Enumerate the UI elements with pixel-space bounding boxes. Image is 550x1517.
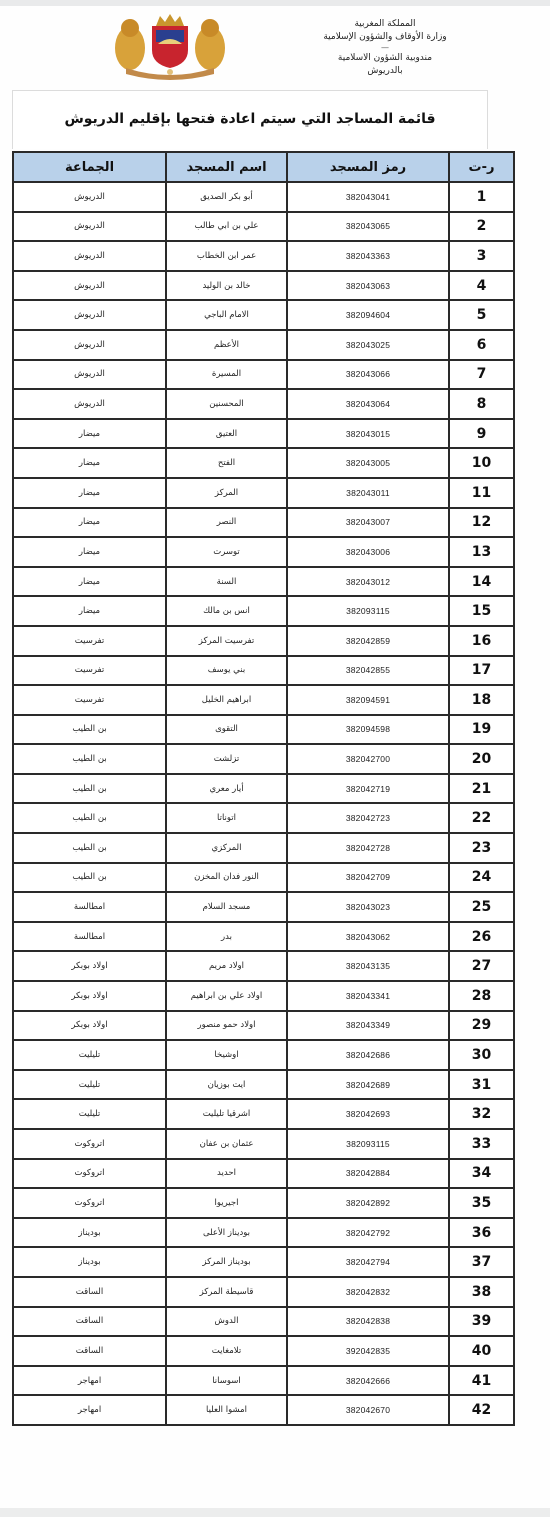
row-index: 27	[449, 951, 514, 981]
mosque-name: اتوناتا	[166, 803, 287, 833]
table-row: 24382042709النور فدان المخزنبن الطيب	[13, 863, 514, 893]
mosque-name: اولاد علي بن ابراهيم	[166, 981, 287, 1011]
commune-name: اولاد بوبكر	[13, 1011, 166, 1041]
bottom-edge	[0, 1508, 550, 1517]
mosque-name: بني يوسف	[166, 656, 287, 686]
commune-name: بن الطيب	[13, 744, 166, 774]
table-row: 18382094591ابراهيم الخليلتفرسيت	[13, 685, 514, 715]
commune-name: الدريوش	[13, 360, 166, 390]
mosque-code: 382042686	[287, 1040, 449, 1070]
mosque-name: المحسنين	[166, 389, 287, 419]
commune-name: امطالسة	[13, 892, 166, 922]
table-row: 21382042719أيار معريبن الطيب	[13, 774, 514, 804]
mosque-code: 382042728	[287, 833, 449, 863]
mosque-code: 382042884	[287, 1159, 449, 1189]
mosque-name: انس بن مالك	[166, 596, 287, 626]
column-header-index: ر-ت	[449, 152, 514, 182]
mosque-code: 382042666	[287, 1366, 449, 1396]
commune-name: بن الطيب	[13, 863, 166, 893]
row-index: 18	[449, 685, 514, 715]
mosque-name: السنة	[166, 567, 287, 597]
mosque-name: التقوى	[166, 715, 287, 745]
commune-name: اولاد بوبكر	[13, 981, 166, 1011]
mosque-name: أبو بكر الصديق	[166, 182, 287, 212]
mosque-code: 382043012	[287, 567, 449, 597]
table-header-row: ر-ت رمز المسجد اسم المسجد الجماعة	[13, 152, 514, 182]
table-row: 8382043064المحسنينالدريوش	[13, 389, 514, 419]
mosque-code: 382043066	[287, 360, 449, 390]
table-row: 15382093115انس بن مالكميضار	[13, 596, 514, 626]
mosque-code: 392042835	[287, 1336, 449, 1366]
table-row: 32382042693اشرقيا تليليتتليليت	[13, 1099, 514, 1129]
mosque-code: 382042859	[287, 626, 449, 656]
mosque-name: تلامغايت	[166, 1336, 287, 1366]
mosque-code: 382094591	[287, 685, 449, 715]
mosque-code: 382093115	[287, 596, 449, 626]
mosque-name: تفرسيت المركز	[166, 626, 287, 656]
row-index: 34	[449, 1159, 514, 1189]
commune-name: اتروكوت	[13, 1188, 166, 1218]
mosque-name: امشوا العليا	[166, 1395, 287, 1425]
row-index: 29	[449, 1011, 514, 1041]
row-index: 3	[449, 241, 514, 271]
mosque-name: بوديناز المركز	[166, 1247, 287, 1277]
mosques-table: ر-ت رمز المسجد اسم المسجد الجماعة 138204…	[12, 151, 515, 1426]
row-index: 40	[449, 1336, 514, 1366]
commune-name: ميضار	[13, 419, 166, 449]
commune-name: ميضار	[13, 537, 166, 567]
table-row: 41382042666اسوساناامهاجر	[13, 1366, 514, 1396]
mosque-code: 382043064	[287, 389, 449, 419]
table-row: 16382042859تفرسيت المركزتفرسيت	[13, 626, 514, 656]
table-row: 27382043135اولاد مريماولاد بوبكر	[13, 951, 514, 981]
table-row: 34382042884احديداتروكوت	[13, 1159, 514, 1189]
mosque-code: 382042670	[287, 1395, 449, 1425]
table-row: 35382042892اجيريوااتروكوت	[13, 1188, 514, 1218]
row-index: 23	[449, 833, 514, 863]
mosque-name: أيار معري	[166, 774, 287, 804]
row-index: 26	[449, 922, 514, 952]
row-index: 35	[449, 1188, 514, 1218]
commune-name: تليليت	[13, 1040, 166, 1070]
mosque-code: 382043015	[287, 419, 449, 449]
commune-name: تليليت	[13, 1099, 166, 1129]
table-row: 12382043007النصرميضار	[13, 508, 514, 538]
mosque-code: 382042693	[287, 1099, 449, 1129]
table-row: 37382042794بوديناز المركزبوديناز	[13, 1247, 514, 1277]
table-row: 30382042686اوشيخاتليليت	[13, 1040, 514, 1070]
mosque-name: ايت بوزيان	[166, 1070, 287, 1100]
table-row: 26382043062بدرامطالسة	[13, 922, 514, 952]
table-row: 6382043025الأعظمالدريوش	[13, 330, 514, 360]
row-index: 38	[449, 1277, 514, 1307]
mosque-code: 382043011	[287, 478, 449, 508]
row-index: 24	[449, 863, 514, 893]
mosque-code: 382043363	[287, 241, 449, 271]
commune-name: الدريوش	[13, 389, 166, 419]
row-index: 7	[449, 360, 514, 390]
row-index: 5	[449, 300, 514, 330]
row-index: 1	[449, 182, 514, 212]
table-row: 33382093115عثمان بن عفاناتروكوت	[13, 1129, 514, 1159]
mosque-code: 382043025	[287, 330, 449, 360]
table-body: 1382043041أبو بكر الصديقالدريوش238204306…	[13, 182, 514, 1425]
row-index: 2	[449, 212, 514, 242]
commune-name: تفرسيت	[13, 656, 166, 686]
row-index: 22	[449, 803, 514, 833]
table-row: 2382043065علي بن ابي طالبالدريوش	[13, 212, 514, 242]
table-row: 3382043363عمر ابن الخطابالدريوش	[13, 241, 514, 271]
mosque-code: 382043041	[287, 182, 449, 212]
mosque-code: 382042838	[287, 1307, 449, 1337]
mosque-name: اشرقيا تليليت	[166, 1099, 287, 1129]
mosque-code: 382042723	[287, 803, 449, 833]
mosque-code: 382043341	[287, 981, 449, 1011]
mosque-code: 382043135	[287, 951, 449, 981]
commune-name: بوديناز	[13, 1218, 166, 1248]
commune-name: اتروكوت	[13, 1159, 166, 1189]
mosque-code: 382043006	[287, 537, 449, 567]
table-row: 17382042855بني يوسفتفرسيت	[13, 656, 514, 686]
mosque-code: 382043349	[287, 1011, 449, 1041]
mosque-code: 382043065	[287, 212, 449, 242]
commune-name: امطالسة	[13, 922, 166, 952]
commune-name: امهاجر	[13, 1366, 166, 1396]
mosque-code: 382043005	[287, 448, 449, 478]
mosque-name: تزلشت	[166, 744, 287, 774]
row-index: 37	[449, 1247, 514, 1277]
commune-name: الساقت	[13, 1307, 166, 1337]
mosque-name: اولاد مريم	[166, 951, 287, 981]
table-row: 40392042835تلامغايتالساقت	[13, 1336, 514, 1366]
mosque-code: 382043023	[287, 892, 449, 922]
row-index: 9	[449, 419, 514, 449]
mosque-name: الأعظم	[166, 330, 287, 360]
mosque-name: العتيق	[166, 419, 287, 449]
commune-name: الساقت	[13, 1277, 166, 1307]
commune-name: الدريوش	[13, 271, 166, 301]
commune-name: الدريوش	[13, 241, 166, 271]
morocco-coat-of-arms-icon	[108, 12, 232, 80]
mosque-code: 382042689	[287, 1070, 449, 1100]
row-index: 28	[449, 981, 514, 1011]
row-index: 36	[449, 1218, 514, 1248]
mosque-name: المركزي	[166, 833, 287, 863]
top-edge	[0, 0, 550, 6]
mosque-name: المركز	[166, 478, 287, 508]
mosque-code: 382043062	[287, 922, 449, 952]
row-index: 33	[449, 1129, 514, 1159]
commune-name: الدريوش	[13, 330, 166, 360]
row-index: 21	[449, 774, 514, 804]
issuing-authority: المملكة المغربية وزارة الأوقاف والشؤون ا…	[320, 18, 450, 78]
mosque-code: 382042792	[287, 1218, 449, 1248]
mosque-code: 382042855	[287, 656, 449, 686]
table-row: 20382042700تزلشتبن الطيب	[13, 744, 514, 774]
commune-name: بن الطيب	[13, 803, 166, 833]
delegation-line: مندوبية الشؤون الاسلامية بالدريوش	[320, 52, 450, 78]
mosque-code: 382042700	[287, 744, 449, 774]
document-page: المملكة المغربية وزارة الأوقاف والشؤون ا…	[0, 0, 550, 1517]
mosque-name: بوديناز الأعلى	[166, 1218, 287, 1248]
row-index: 17	[449, 656, 514, 686]
commune-name: ميضار	[13, 508, 166, 538]
table-row: 7382043066المسيرةالدريوش	[13, 360, 514, 390]
mosque-name: النصر	[166, 508, 287, 538]
mosque-code: 382042709	[287, 863, 449, 893]
table-row: 25382043023مسجد السلامامطالسة	[13, 892, 514, 922]
mosque-name: عثمان بن عفان	[166, 1129, 287, 1159]
row-index: 14	[449, 567, 514, 597]
commune-name: ميضار	[13, 448, 166, 478]
mosque-name: علي بن ابي طالب	[166, 212, 287, 242]
commune-name: ميضار	[13, 478, 166, 508]
mosque-name: قاسيطة المركز	[166, 1277, 287, 1307]
mosque-name: اوشيخا	[166, 1040, 287, 1070]
column-header-mosque-name: اسم المسجد	[166, 152, 287, 182]
row-index: 25	[449, 892, 514, 922]
row-index: 30	[449, 1040, 514, 1070]
mosque-name: مسجد السلام	[166, 892, 287, 922]
table-row: 13382043006توسرتميضار	[13, 537, 514, 567]
mosque-name: اجيريوا	[166, 1188, 287, 1218]
table-row: 14382043012السنةميضار	[13, 567, 514, 597]
mosque-name: بدر	[166, 922, 287, 952]
mosque-code: 382094604	[287, 300, 449, 330]
commune-name: بوديناز	[13, 1247, 166, 1277]
row-index: 31	[449, 1070, 514, 1100]
table-row: 29382043349اولاد حمو منصوراولاد بوبكر	[13, 1011, 514, 1041]
table-row: 42382042670امشوا العلياامهاجر	[13, 1395, 514, 1425]
table-row: 10382043005الفتحميضار	[13, 448, 514, 478]
commune-name: تفرسيت	[13, 685, 166, 715]
mosque-code: 382043063	[287, 271, 449, 301]
commune-name: تفرسيت	[13, 626, 166, 656]
page-title: قائمة المساجد التي سيتم اعادة فتحها بإقل…	[13, 111, 487, 127]
commune-name: ميضار	[13, 596, 166, 626]
table-row: 11382043011المركزميضار	[13, 478, 514, 508]
title-box: قائمة المساجد التي سيتم اعادة فتحها بإقل…	[12, 90, 488, 149]
mosque-code: 382042892	[287, 1188, 449, 1218]
mosque-name: اولاد حمو منصور	[166, 1011, 287, 1041]
row-index: 13	[449, 537, 514, 567]
mosque-name: احديد	[166, 1159, 287, 1189]
commune-name: تليليت	[13, 1070, 166, 1100]
column-header-mosque-code: رمز المسجد	[287, 152, 449, 182]
mosque-name: ابراهيم الخليل	[166, 685, 287, 715]
row-index: 42	[449, 1395, 514, 1425]
table-row: 19382094598التقوىبن الطيب	[13, 715, 514, 745]
row-index: 32	[449, 1099, 514, 1129]
separator-line: —	[320, 44, 450, 52]
commune-name: امهاجر	[13, 1395, 166, 1425]
commune-name: بن الطيب	[13, 833, 166, 863]
row-index: 20	[449, 744, 514, 774]
table-row: 36382042792بوديناز الأعلىبوديناز	[13, 1218, 514, 1248]
mosque-name: النور فدان المخزن	[166, 863, 287, 893]
mosque-name: اسوسانا	[166, 1366, 287, 1396]
row-index: 4	[449, 271, 514, 301]
table-row: 23382042728المركزيبن الطيب	[13, 833, 514, 863]
row-index: 41	[449, 1366, 514, 1396]
mosque-code: 382042794	[287, 1247, 449, 1277]
commune-name: اولاد بوبكر	[13, 951, 166, 981]
row-index: 10	[449, 448, 514, 478]
row-index: 8	[449, 389, 514, 419]
row-index: 19	[449, 715, 514, 745]
row-index: 12	[449, 508, 514, 538]
row-index: 6	[449, 330, 514, 360]
commune-name: الدريوش	[13, 300, 166, 330]
table-row: 22382042723اتوناتابن الطيب	[13, 803, 514, 833]
mosque-code: 382093115	[287, 1129, 449, 1159]
mosque-name: خالد بن الوليد	[166, 271, 287, 301]
table-row: 39382042838الدوشالساقت	[13, 1307, 514, 1337]
row-index: 11	[449, 478, 514, 508]
table-row: 28382043341اولاد علي بن ابراهيماولاد بوب…	[13, 981, 514, 1011]
row-index: 39	[449, 1307, 514, 1337]
table-row: 31382042689ايت بوزيانتليليت	[13, 1070, 514, 1100]
mosque-code: 382094598	[287, 715, 449, 745]
table-row: 9382043015العتيقميضار	[13, 419, 514, 449]
table-row: 38382042832قاسيطة المركزالساقت	[13, 1277, 514, 1307]
commune-name: الساقت	[13, 1336, 166, 1366]
mosque-name: عمر ابن الخطاب	[166, 241, 287, 271]
mosque-code: 382042832	[287, 1277, 449, 1307]
commune-name: الدريوش	[13, 182, 166, 212]
mosque-code: 382043007	[287, 508, 449, 538]
mosque-name: الامام الباجي	[166, 300, 287, 330]
row-index: 15	[449, 596, 514, 626]
mosque-name: الدوش	[166, 1307, 287, 1337]
commune-name: ميضار	[13, 567, 166, 597]
commune-name: اتروكوت	[13, 1129, 166, 1159]
commune-name: بن الطيب	[13, 715, 166, 745]
table-row: 5382094604الامام الباجيالدريوش	[13, 300, 514, 330]
mosque-name: المسيرة	[166, 360, 287, 390]
mosque-code: 382042719	[287, 774, 449, 804]
column-header-commune: الجماعة	[13, 152, 166, 182]
table-row: 1382043041أبو بكر الصديقالدريوش	[13, 182, 514, 212]
kingdom-line: المملكة المغربية	[320, 18, 450, 31]
mosque-name: الفتح	[166, 448, 287, 478]
commune-name: بن الطيب	[13, 774, 166, 804]
commune-name: الدريوش	[13, 212, 166, 242]
mosque-name: توسرت	[166, 537, 287, 567]
row-index: 16	[449, 626, 514, 656]
table-row: 4382043063خالد بن الوليدالدريوش	[13, 271, 514, 301]
